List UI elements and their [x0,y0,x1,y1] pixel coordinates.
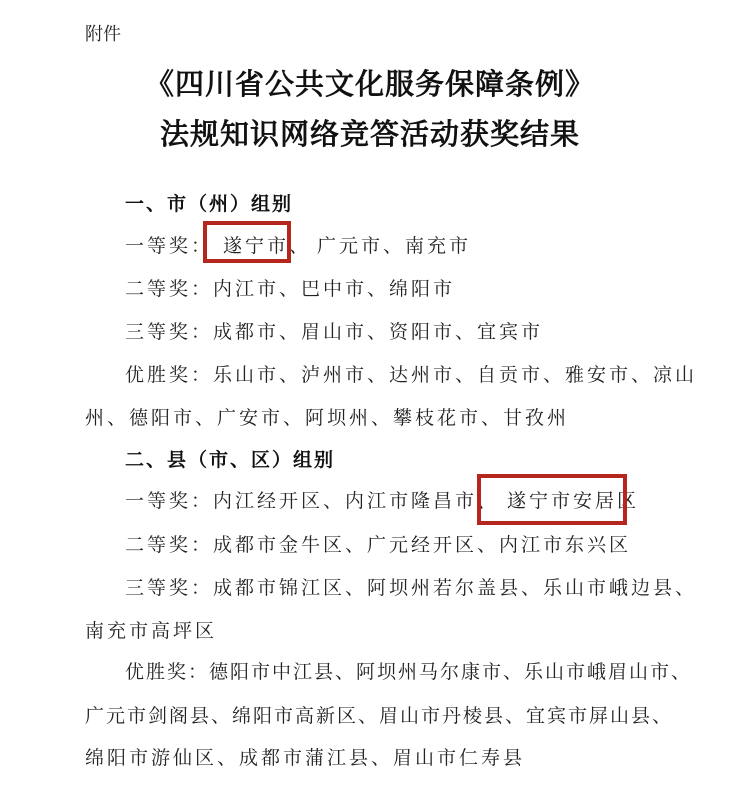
award-row-city-merit-cont: 州、德阳市、广安市、阿坝州、攀枝花市、甘孜州 [85,403,569,430]
award-row-county-merit-cont1: 广元市剑阁县、绵阳市高新区、眉山市丹棱县、宜宾市屏山县、 [85,701,673,728]
section-heading-county: 二、县（市、区）组别 [125,445,335,472]
award-label: 一等奖： [125,235,213,257]
document-title-line2: 法规知识网络竞答活动获奖结果 [0,112,740,153]
award-row-county-merit: 优胜奖：德阳市中江县、阿坝州马尔康市、乐山市峨眉山市、 [125,657,692,684]
award-row-city-second: 二等奖：内江市、巴中市、绵阳市 [125,274,455,301]
award-row-city-merit: 优胜奖：乐山市、泸州市、达州市、自贡市、雅安市、凉山 [125,360,697,387]
award-row-county-merit-cont2: 绵阳市游仙区、成都市蒲江县、眉山市仁寿县 [85,743,525,770]
award-winners: 广元市、南充市 [317,235,471,257]
document-page: 附件 《四川省公共文化服务保障条例》 法规知识网络竞答活动获奖结果 一、市（州）… [0,0,740,786]
award-row-county-second: 二等奖：成都市金牛区、广元经开区、内江市东兴区 [125,530,631,557]
highlight-box-anju-district [477,474,627,525]
award-row-city-first: 一等奖：遂宁市、广元市、南充市 [125,231,471,258]
award-winners: 一等奖：内江经开区、内江市隆昌市、 [125,490,499,512]
award-row-county-third-cont: 南充市高坪区 [85,616,217,643]
attachment-label: 附件 [85,20,121,46]
highlight-box-suining-city [203,221,291,263]
award-row-city-third: 三等奖：成都市、眉山市、资阳市、宜宾市 [125,317,543,344]
document-title-line1: 《四川省公共文化服务保障条例》 [0,62,740,103]
award-row-county-third: 三等奖：成都市锦江区、阿坝州若尔盖县、乐山市峨边县、 [125,573,697,600]
section-heading-city: 一、市（州）组别 [125,189,293,216]
